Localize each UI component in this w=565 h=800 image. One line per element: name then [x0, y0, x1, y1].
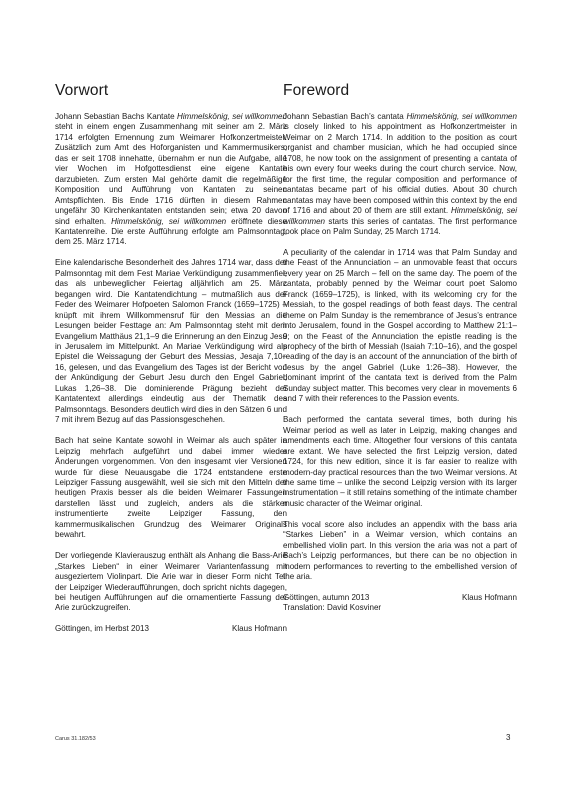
foreword-paragraph: This vocal score also includes an append… [283, 520, 517, 583]
vorwort-author: Klaus Hofmann [232, 624, 287, 634]
catalog-number: Carus 31.182/53 [55, 736, 96, 742]
page-number: 3 [506, 733, 510, 742]
vorwort-paragraph: Bach hat seine Kantate sowohl in Weimar … [55, 436, 287, 541]
foreword-paragraph: Johann Sebastian Bach’s cantata Himmelsk… [283, 112, 517, 237]
text-run: Bach hat seine Kantate sowohl in Weimar … [55, 436, 287, 539]
foreword-heading: Foreword [283, 82, 517, 100]
text-run: is closely linked to his appointment as … [283, 122, 517, 215]
text-run: steht in einem engen Zusammenhang mit se… [55, 122, 287, 225]
text-run: A peculiarity of the calendar in 1714 wa… [283, 248, 517, 403]
vorwort-signature: Göttingen, im Herbst 2013 Klaus Hofmann [55, 624, 287, 634]
text-run: Der vorliegende Klavierauszug enthält al… [55, 551, 287, 612]
vorwort-column: Vorwort Johann Sebastian Bachs Kantate H… [55, 82, 287, 635]
text-run: Bach performed the cantata several times… [283, 415, 517, 508]
vorwort-paragraph: Der vorliegende Klavierauszug enthält al… [55, 551, 287, 614]
foreword-signature: Göttingen, autumn 2013 Klaus Hofmann [283, 593, 517, 603]
cantata-title: Himmelskönig, sei willkommen [406, 112, 517, 121]
text-run: Johann Sebastian Bachs Kantate [55, 112, 177, 121]
vorwort-paragraph: Eine kalendarische Besonderheit des Jahr… [55, 258, 287, 425]
vorwort-heading: Vorwort [55, 82, 287, 100]
vorwort-paragraph: Johann Sebastian Bachs Kantate Himmelskö… [55, 112, 287, 248]
foreword-column: Foreword Johann Sebastian Bach’s cantata… [283, 82, 517, 614]
foreword-translation-credit: Translation: David Kosviner [283, 603, 517, 613]
vorwort-place-date: Göttingen, im Herbst 2013 [55, 624, 149, 634]
cantata-title: Himmelskönig, sei willkommen [177, 112, 287, 121]
foreword-paragraph: Bach performed the cantata several times… [283, 415, 517, 509]
foreword-place-date: Göttingen, autumn 2013 [283, 593, 369, 603]
foreword-paragraph: A peculiarity of the calendar in 1714 wa… [283, 248, 517, 405]
vorwort-body: Johann Sebastian Bachs Kantate Himmelskö… [55, 112, 287, 614]
foreword-body: Johann Sebastian Bach’s cantata Himmelsk… [283, 112, 517, 583]
text-run: Johann Sebastian Bach’s cantata [283, 112, 406, 121]
cantata-title: Himmelskönig, sei willkommen [111, 217, 226, 226]
text-run: Eine kalendarische Besonderheit des Jahr… [55, 258, 287, 424]
text-run: This vocal score also includes an append… [283, 520, 517, 581]
foreword-author: Klaus Hofmann [462, 593, 517, 603]
